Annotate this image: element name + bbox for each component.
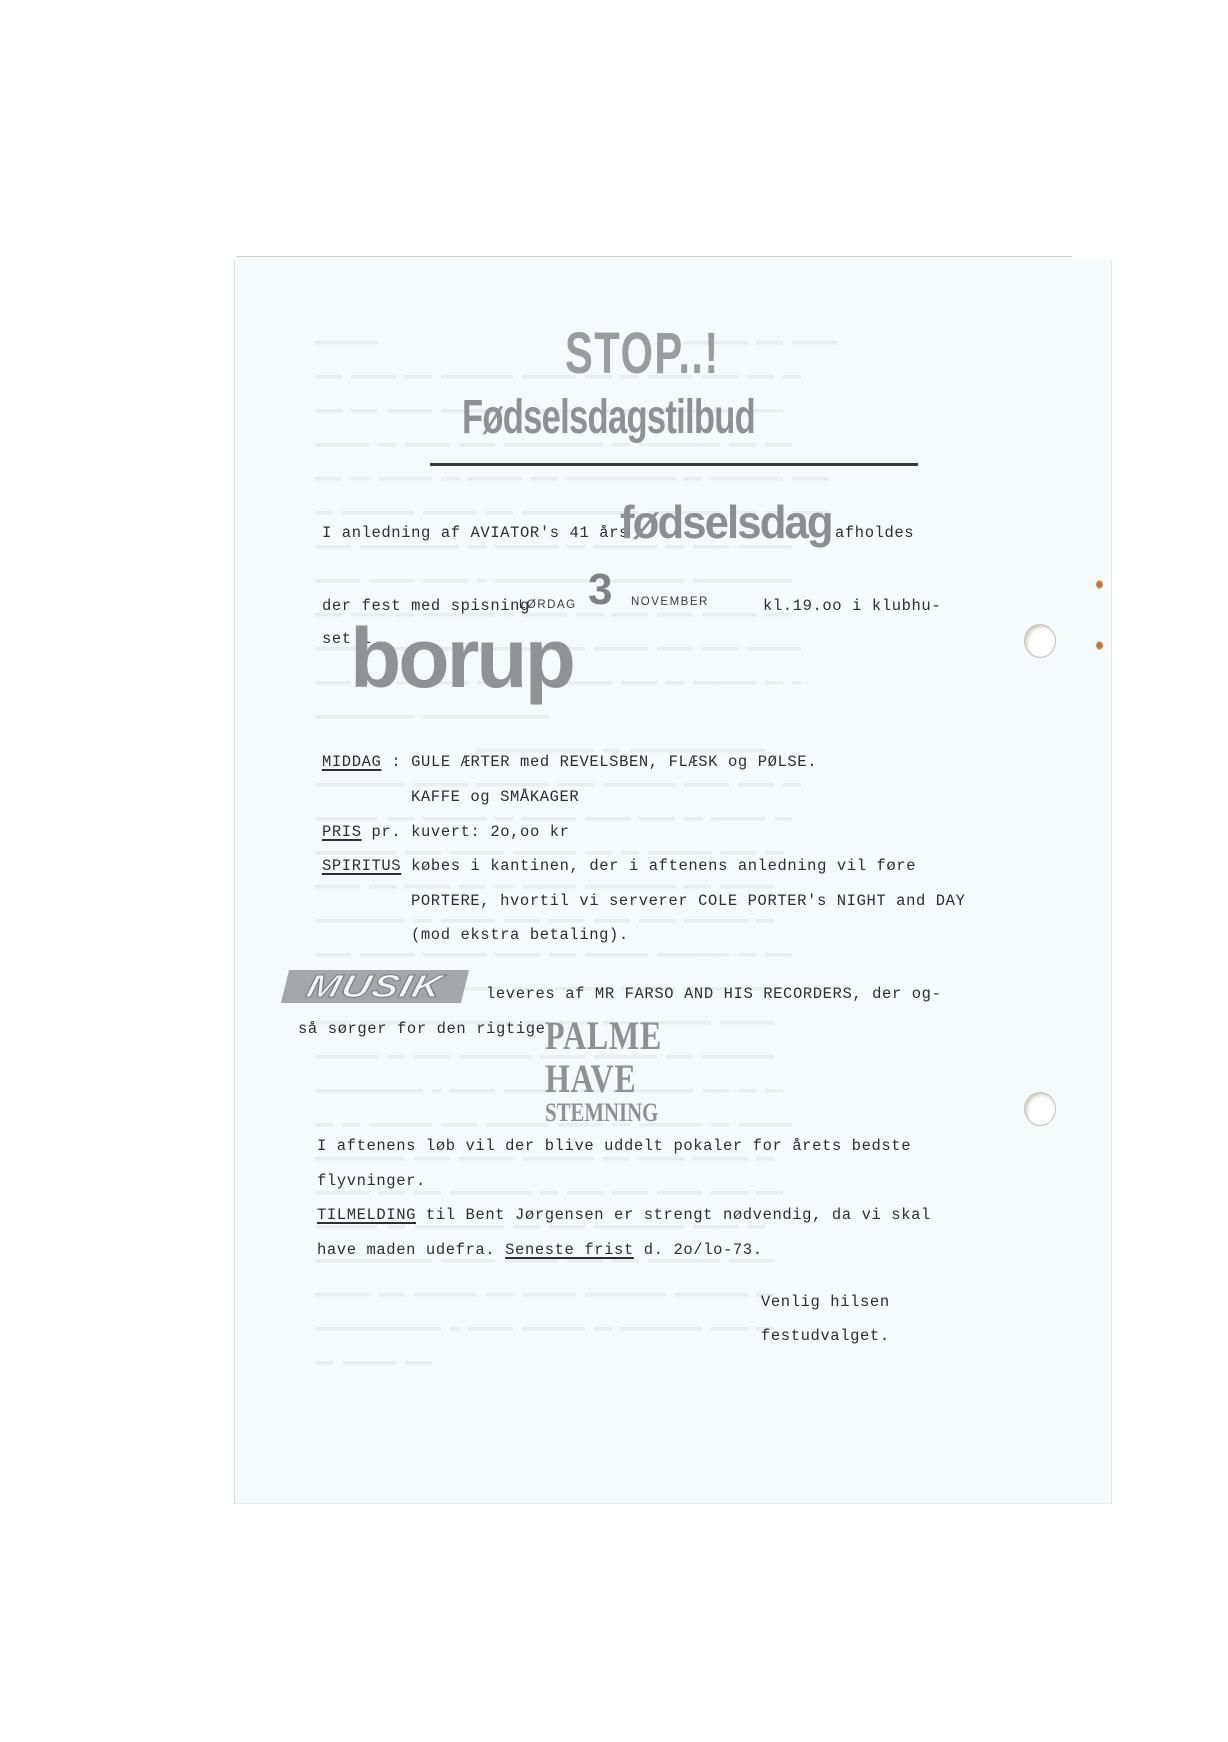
stamp-palme: PALME (545, 1012, 662, 1059)
spirits-line3: (mod ekstra betaling). (411, 926, 629, 944)
registration-line1: TILMELDING til Bent Jørgensen er strengt… (317, 1206, 931, 1224)
punch-hole-bottom (1025, 1093, 1055, 1125)
stamp-birthday: fødselsdag (620, 495, 832, 549)
spirits-line1: SPIRITUS købes i kantinen, der i aftenen… (322, 857, 916, 875)
stamp-music-badge: MUSIK (281, 970, 469, 1003)
menu-line1: MIDDAG : GULE ÆRTER med REVELSBEN, FLÆSK… (322, 753, 817, 771)
intro-month: NOVEMBER (631, 596, 709, 608)
price-line: PRIS pr. kuvert: 2o,oo kr (322, 823, 570, 841)
price-value: pr. kuvert: 2o,oo kr (372, 823, 570, 841)
music-line2: så sørger for den rigtige (298, 1020, 546, 1038)
stamp-have: HAVE (545, 1055, 637, 1102)
spirits-text: købes i kantinen, der i aftenens anledni… (411, 857, 916, 875)
deadline-label: Seneste frist (505, 1241, 634, 1259)
awards-line1: I aftenens løb vil der blive uddelt poka… (317, 1137, 911, 1155)
menu-label: MIDDAG (322, 753, 381, 771)
subheadline-birthday-offer: Fødselsdagstilbud (462, 390, 755, 445)
punch-hole-top (1025, 625, 1055, 657)
scan-edge-line (237, 256, 1072, 257)
intro-line2-suffix: kl.19.oo i klubhu- (763, 597, 941, 615)
closing-greeting: Venlig hilsen (761, 1293, 890, 1311)
stamp-date-number: 3 (588, 565, 611, 615)
intro-line1-suffix: afholdes (835, 524, 914, 542)
registration-line2-prefix: have maden udefra. (317, 1241, 495, 1259)
registration-label: TILMELDING (317, 1206, 416, 1224)
rust-spot-top (1096, 580, 1103, 589)
registration-text: til Bent Jørgensen er strengt nødvendig,… (426, 1206, 931, 1224)
spirits-label: SPIRITUS (322, 857, 401, 875)
headline-stop: STOP..! (565, 320, 720, 387)
stamp-borup: borup (350, 610, 573, 707)
price-label: PRIS (322, 823, 362, 841)
headline-underline-rule (430, 463, 918, 466)
deadline-value: d. 2o/lo-73. (644, 1241, 763, 1259)
rust-spot-bottom (1096, 641, 1103, 650)
registration-line2: have maden udefra. Seneste frist d. 2o/l… (317, 1241, 763, 1259)
stamp-stemning: STEMNING (545, 1098, 658, 1128)
menu-separator: : (391, 753, 401, 771)
spirits-line2: PORTERE, hvortil vi serverer COLE PORTER… (411, 892, 965, 910)
stamp-music-label: MUSIK (303, 968, 447, 1005)
closing-signature: festudvalget. (761, 1327, 890, 1345)
menu-main-course: GULE ÆRTER med REVELSBEN, FLÆSK og PØLSE… (411, 753, 817, 771)
menu-dessert: KAFFE og SMÅKAGER (411, 788, 579, 806)
document-page: ▬▬▬▬▬▬▬ ▬▬▬▬▬▬▬ ▬▬▬ ▬▬▬▬▬ ▬▬▬ ▬▬▬▬▬ ▬▬▬ … (234, 260, 1112, 1504)
music-line1: leveres af MR FARSO AND HIS RECORDERS, d… (486, 985, 941, 1003)
intro-line1-prefix: I anledning af AVIATOR's 41 års (322, 524, 629, 542)
awards-line2: flyvninger. (317, 1172, 426, 1190)
